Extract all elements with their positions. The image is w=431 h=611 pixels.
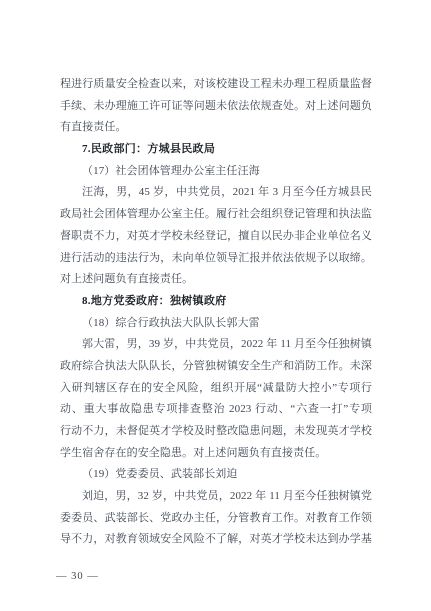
- text-line: 委委员、武装部长、党政办主任，分管教育工作。对教育工作领: [60, 508, 372, 530]
- text-line: 政府综合执法大队队长，分管独树镇安全生产和消防工作。未深: [60, 356, 372, 378]
- document-text-block: 程进行质量安全检查以来，对该校建设工程未办理工程质量监督 手续、未办理施工许可证…: [60, 74, 372, 551]
- text-line: 郭大雷，男，39 岁，中共党员，2022 年 11 月至今任独树镇: [60, 334, 372, 356]
- section-heading-7: 7.民政部门：方城县民政局: [60, 139, 372, 161]
- text-line: （17）社会团体管理办公室主任汪海: [60, 161, 372, 183]
- text-line: 入研判辖区存在的安全风险，组织开展“减量防大控小”专项行: [60, 378, 372, 400]
- text-line: 程进行质量安全检查以来，对该校建设工程未办理工程质量监督: [60, 74, 372, 96]
- text-line: 动、重大事故隐患专项排查整治 2023 行动、“六查一打”专项: [60, 399, 372, 421]
- text-line: 有直接责任。: [60, 117, 372, 139]
- text-line: 学生宿舍存在的安全隐患。对上述问题负有直接责任。: [60, 443, 372, 465]
- text-line: 进行活动的违法行为，未向单位领导汇报并依法依规予以取缔。: [60, 248, 372, 270]
- text-line: 政局社会团体管理办公室主任。履行社会组织登记管理和执法监: [60, 204, 372, 226]
- text-line: 行动不力，未督促英才学校及时整改隐患问题，未发现英才学校: [60, 421, 372, 443]
- text-line: 手续、未办理施工许可证等问题未依法依规查处。对上述问题负: [60, 96, 372, 118]
- text-line: （19）党委委员、武装部长刘迫: [60, 464, 372, 486]
- document-page: 程进行质量安全检查以来，对该校建设工程未办理工程质量监督 手续、未办理施工许可证…: [0, 0, 431, 611]
- page-number: — 30 —: [56, 570, 99, 584]
- section-heading-8: 8.地方党委政府：独树镇政府: [60, 291, 372, 313]
- text-line: 刘迫，男，32 岁，中共党员，2022 年 11 月至今任独树镇党: [60, 486, 372, 508]
- text-line: 督职责不力，对英才学校未经登记，擅自以民办非企业单位名义: [60, 226, 372, 248]
- text-line: （18）综合行政执法大队队长郭大雷: [60, 313, 372, 335]
- text-line: 汪海，男，45 岁，中共党员，2021 年 3 月至今任方城县民: [60, 182, 372, 204]
- text-line: 导不力，对教育领域安全风险不了解，对英才学校未达到办学基: [60, 529, 372, 551]
- text-line: 对上述问题负有直接责任。: [60, 269, 372, 291]
